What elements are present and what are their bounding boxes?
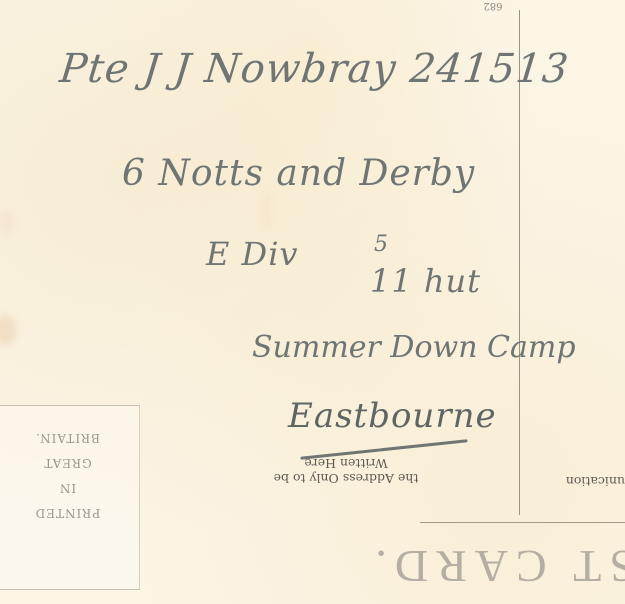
horizontal-divider xyxy=(420,522,625,523)
printed-line: PRINTED xyxy=(10,500,125,525)
handwritten-camp: Summer Down Camp xyxy=(252,330,576,365)
handwritten-town: Eastbourne xyxy=(288,396,497,436)
printed-line: GREAT xyxy=(10,450,125,475)
address-note-line-1: the Address Only to be xyxy=(236,471,456,486)
communication-label: unication xyxy=(530,474,625,489)
postcard-back: 682 PRINTED IN GREAT BRITAIN. the Addres… xyxy=(0,0,625,604)
paper-stain xyxy=(262,190,272,230)
handwritten-division: E Div xyxy=(206,235,299,273)
printed-line: IN xyxy=(10,475,125,500)
handwritten-superscript: 5 xyxy=(374,232,389,257)
handwritten-regiment: 6 Notts and Derby xyxy=(122,153,475,194)
paper-stain xyxy=(0,315,16,345)
handwritten-hut: 11 hut xyxy=(370,262,481,300)
post-card-title: ST CARD. xyxy=(335,540,625,593)
printed-line: BRITAIN. xyxy=(10,425,125,450)
address-instruction: the Address Only to be Written Here xyxy=(236,456,456,486)
address-note-line-2: Written Here xyxy=(236,456,456,471)
handwritten-name-number: Pte J J Nowbray 241513 xyxy=(58,46,572,92)
printed-in-great-britain: PRINTED IN GREAT BRITAIN. xyxy=(10,425,125,525)
paper-stain xyxy=(0,210,14,236)
serial-number: 682 xyxy=(478,0,508,11)
